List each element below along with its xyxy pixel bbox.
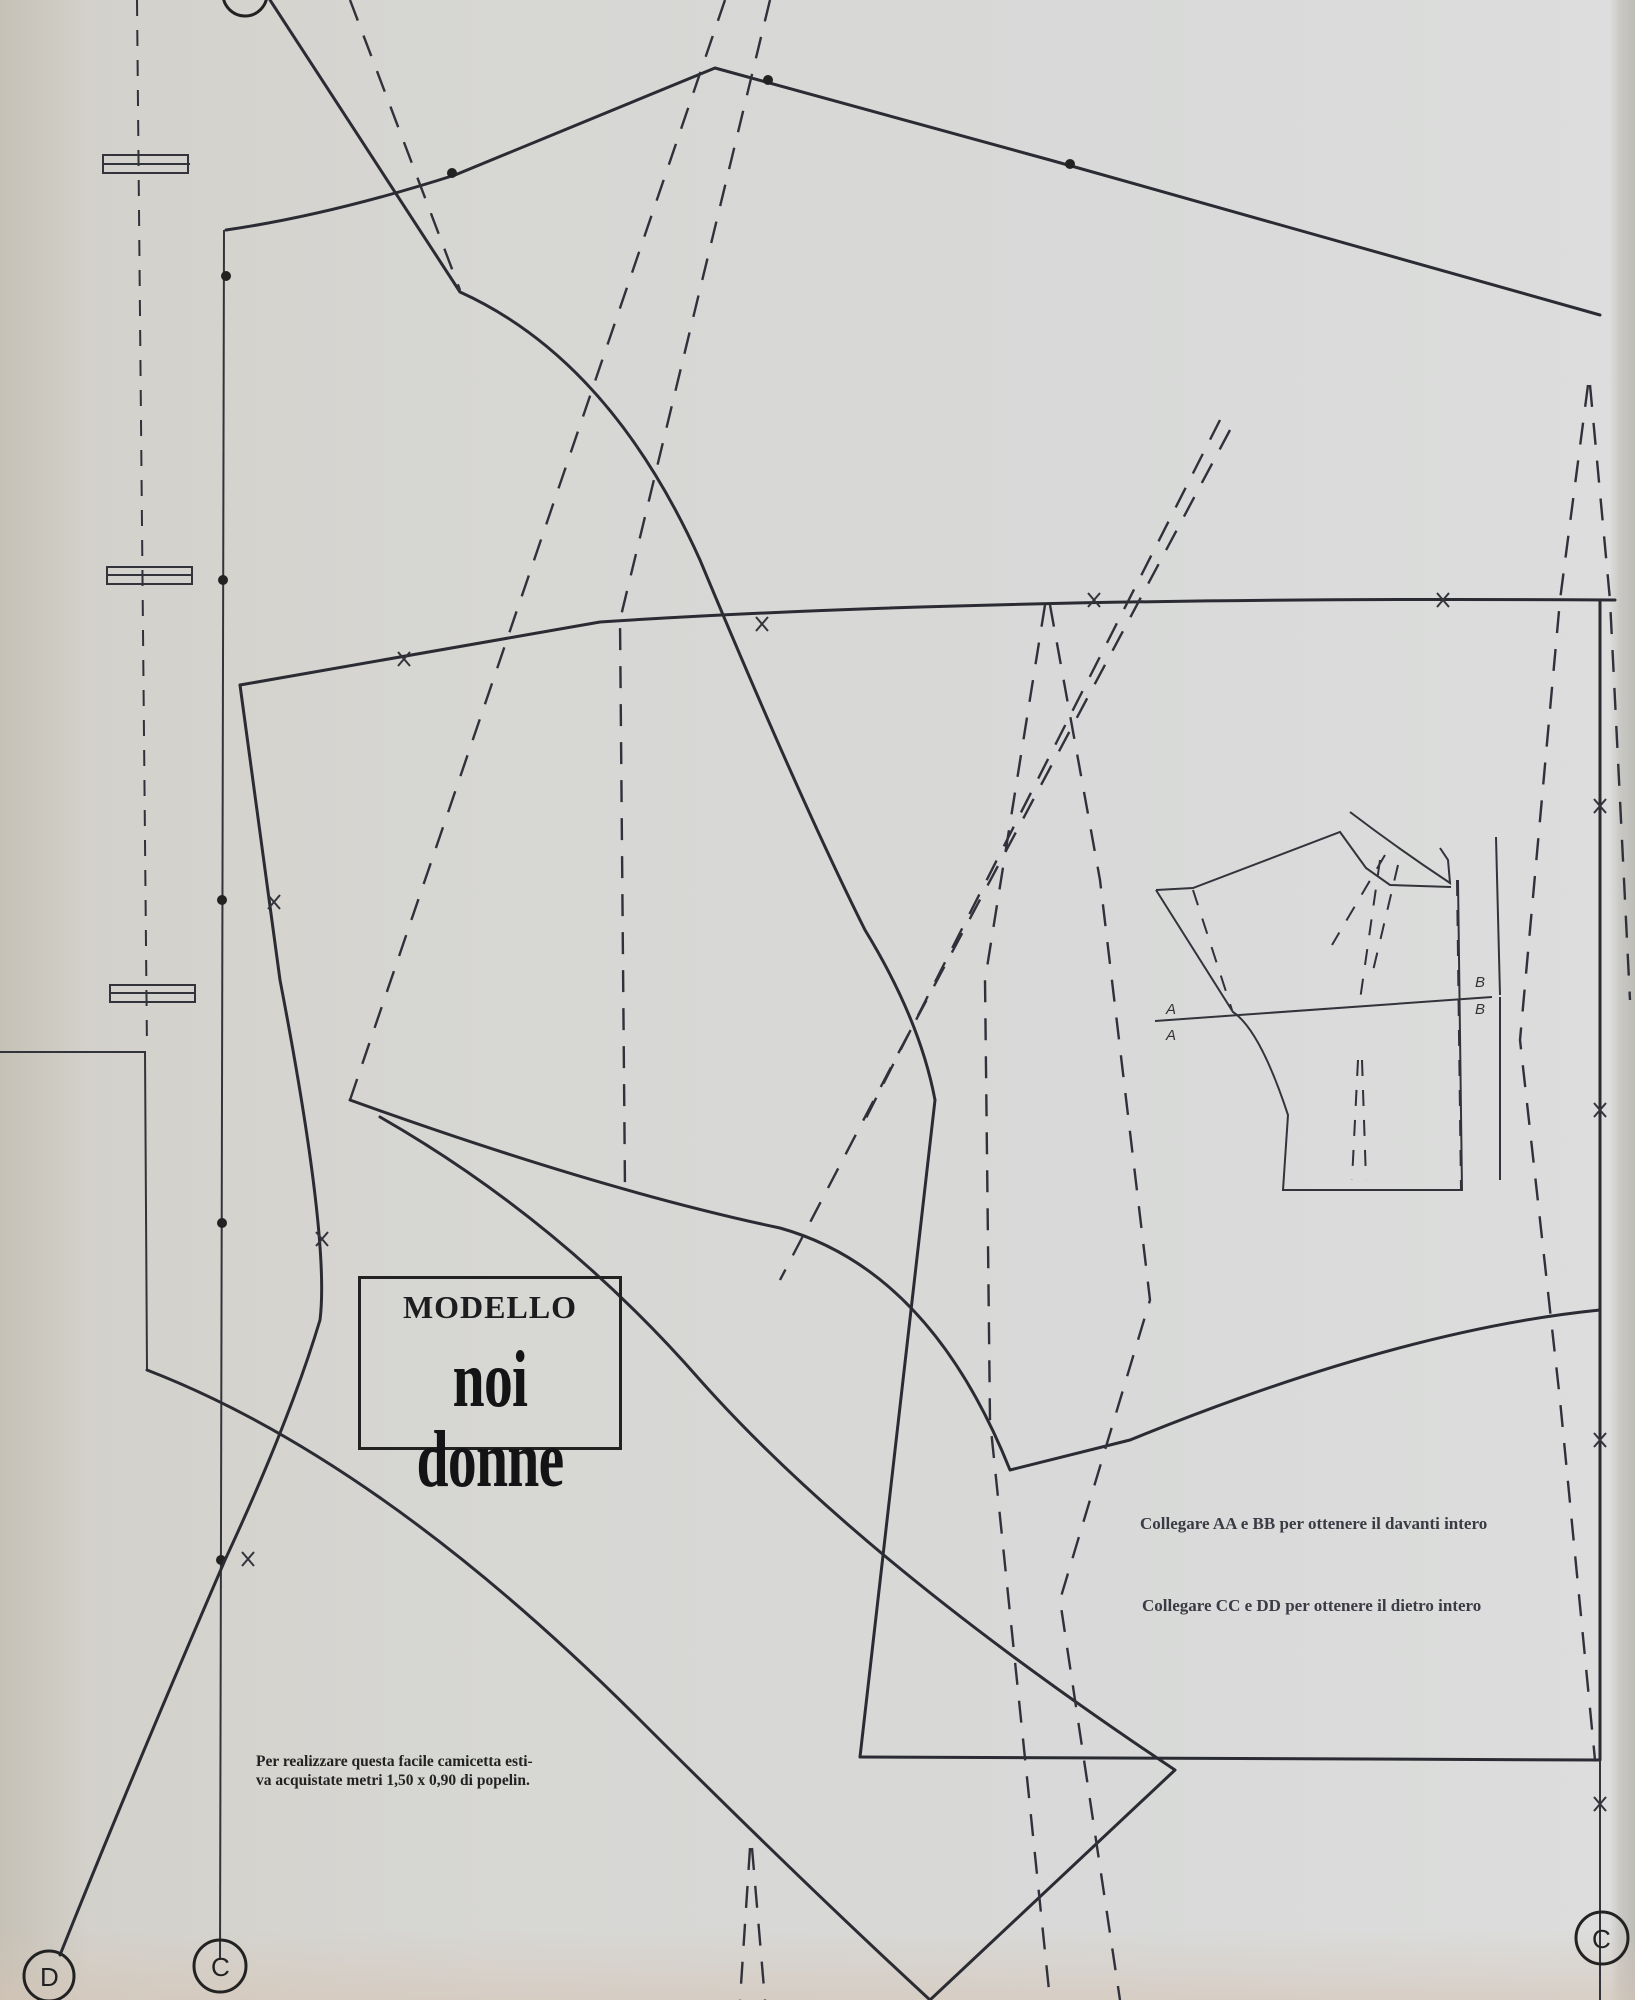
back-panel-outline xyxy=(0,68,1600,2000)
grain-marker-2 xyxy=(107,567,192,584)
brand-box: MODELLO noi donne xyxy=(358,1276,622,1450)
svg-text:A: A xyxy=(1165,1027,1176,1044)
marker-a-top xyxy=(223,0,267,16)
pattern-drawing: D C C A A B B xyxy=(0,0,1635,2000)
marker-c-bottom-right: C xyxy=(1576,1912,1628,1964)
svg-text:C: C xyxy=(211,1952,230,1982)
purchase-note-line2: va acquistate metri 1,50 x 0,90 di popel… xyxy=(256,1771,656,1790)
svg-text:A: A xyxy=(1165,1001,1176,1018)
fold-line-left xyxy=(137,0,147,1050)
svg-text:D: D xyxy=(40,1962,59,1992)
grain-marker-1 xyxy=(103,155,190,173)
mini-diagram: A A B B xyxy=(1155,812,1500,1190)
join-back-instruction: Collegare CC e DD per ottenere il dietro… xyxy=(1142,1596,1481,1616)
grain-marker-3 xyxy=(110,985,195,1002)
marker-d-bottom-left: D xyxy=(24,1951,74,2000)
svg-text:B: B xyxy=(1475,974,1485,991)
svg-text:C: C xyxy=(1592,1924,1611,1954)
brand-main-label: noi donne xyxy=(397,1340,583,1500)
join-front-instruction: Collegare AA e BB per ottenere il davant… xyxy=(1140,1514,1487,1534)
brand-top-label: MODELLO xyxy=(361,1289,619,1326)
svg-text:B: B xyxy=(1475,1001,1485,1018)
purchase-note: Per realizzare questa facile camicetta e… xyxy=(256,1752,656,1790)
purchase-note-line1: Per realizzare questa facile camicetta e… xyxy=(256,1752,656,1771)
